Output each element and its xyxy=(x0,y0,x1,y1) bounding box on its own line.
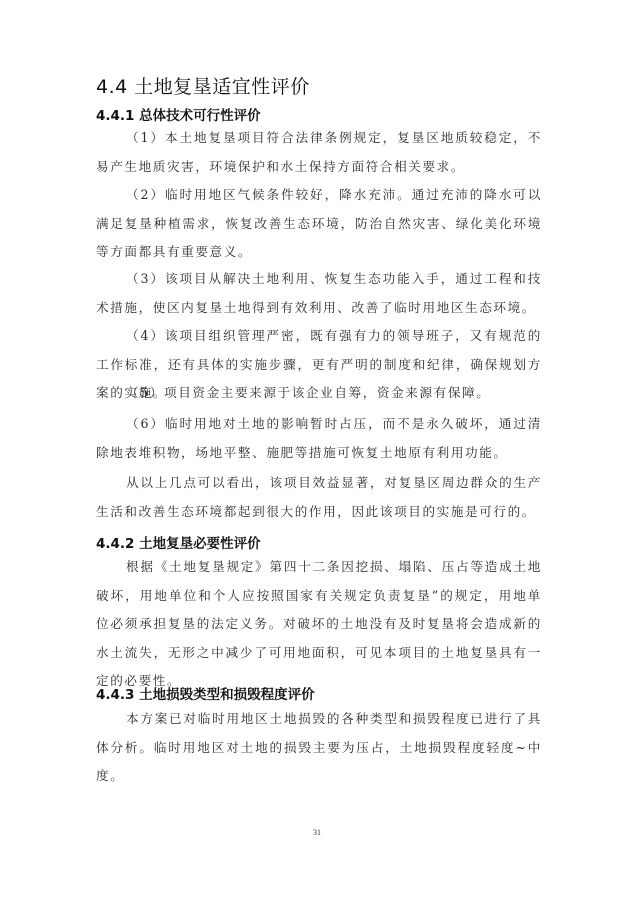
paragraph: 根据《土地复垦规定》第四十二条因挖损、塌陷、压占等造成土地破坏，用地单位和个人应… xyxy=(96,553,542,696)
paragraph: （1）本土地复垦项目符合法律条例规定，复垦区地质较稳定，不易产生地质灾害，环境保… xyxy=(96,124,542,181)
paragraph: 本方案已对临时用地区土地损毁的各种类型和损毁程度已进行了具体分析。临时用地区对土… xyxy=(96,705,542,791)
subsection-heading-4-4-1: 4.4.1 总体技术可行性评价 xyxy=(96,104,261,124)
paragraph: （3）该项目从解决土地利用、恢复生态功能入手，通过工程和技术措施，使区内复垦土地… xyxy=(96,265,542,322)
section-title: 4.4 土地复垦适宜性评价 xyxy=(96,72,310,99)
paragraph: （6）临时用地对土地的影响暂时占压，而不是永久破坏，通过清除地表堆积物，场地平整… xyxy=(96,410,542,467)
subsection-heading-4-4-3: 4.4.3 土地损毁类型和损毁程度评价 xyxy=(96,683,315,703)
page-number: 31 xyxy=(0,828,634,837)
paragraph: 从以上几点可以看出，该项目效益显著，对复垦区周边群众的生产生活和改善生态环境都起… xyxy=(96,469,542,526)
document-page: 4.4 土地复垦适宜性评价 4.4.1 总体技术可行性评价 （1）本土地复垦项目… xyxy=(0,0,634,897)
subsection-heading-4-4-2: 4.4.2 土地复垦必要性评价 xyxy=(96,532,261,552)
paragraph: （5）项目资金主要来源于该企业自筹，资金来源有保障。 xyxy=(96,379,542,408)
paragraph: （2）临时用地区气候条件较好，降水充沛。通过充沛的降水可以满足复垦种植需求，恢复… xyxy=(96,181,542,267)
